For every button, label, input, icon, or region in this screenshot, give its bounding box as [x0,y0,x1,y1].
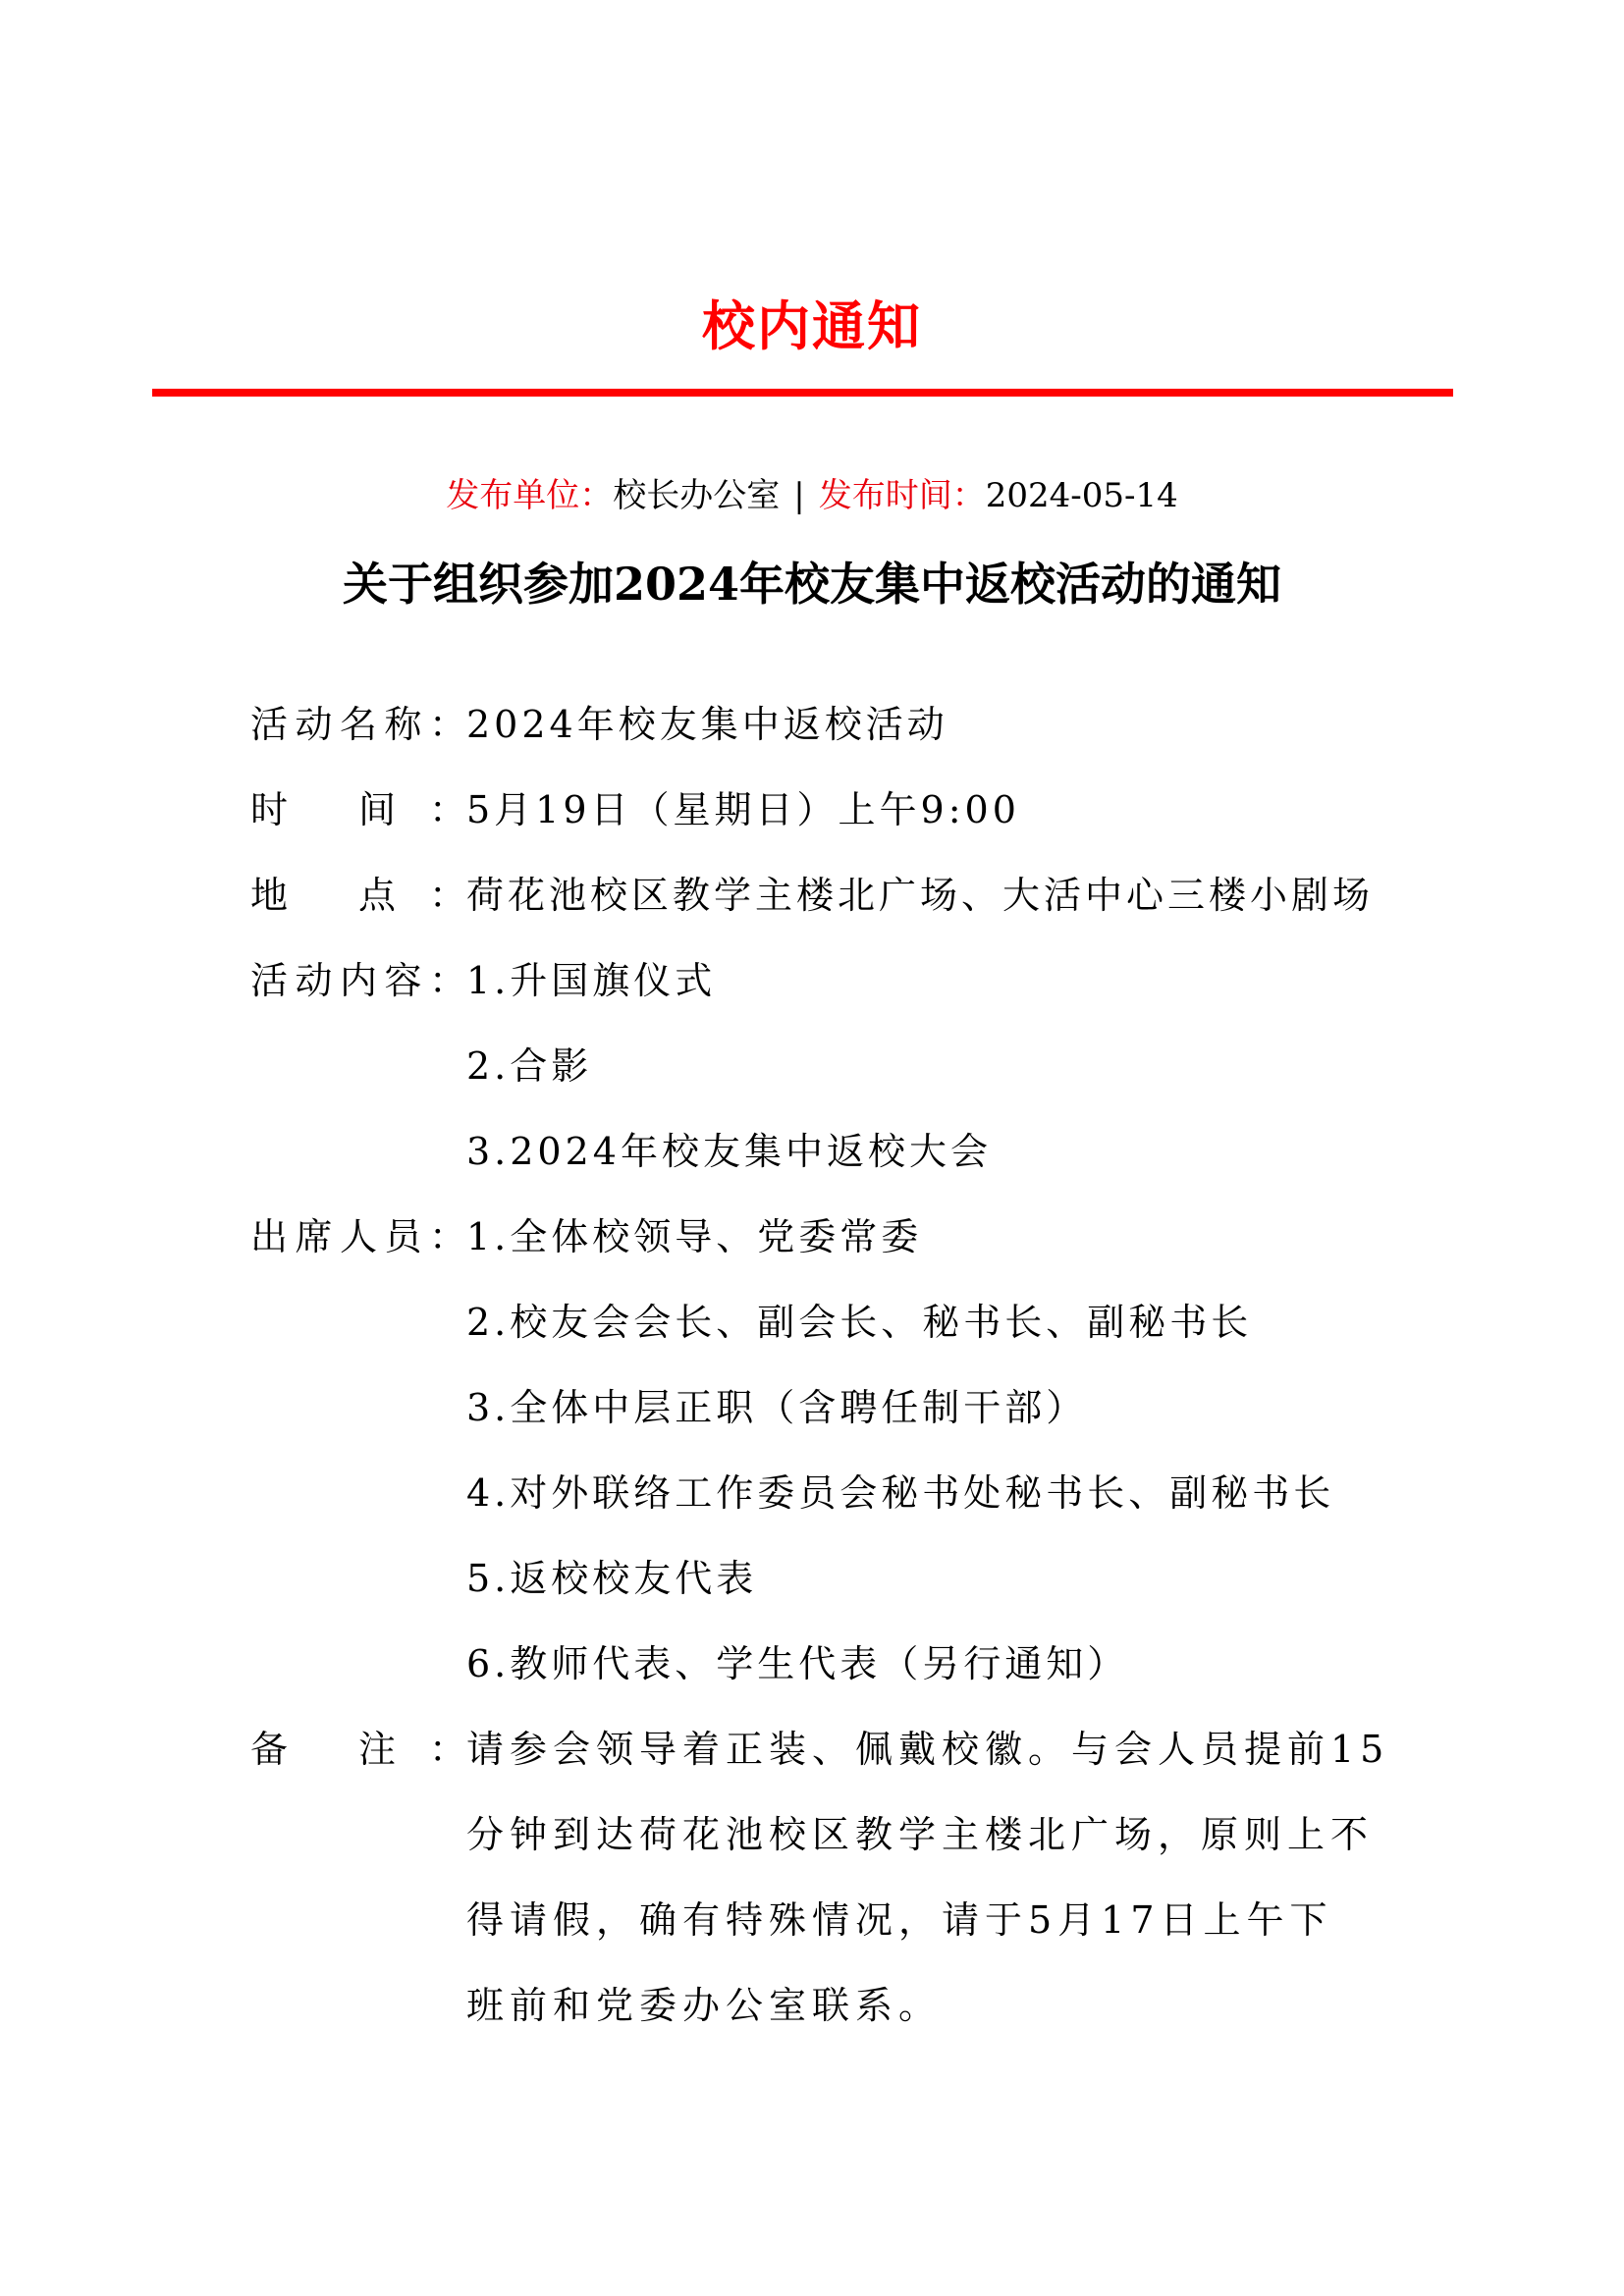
publisher-label: 发布单位： [446,476,613,515]
label-colon: ： [429,768,466,853]
notice-body: 活 动 名 称 ： 2024年校友集中返校活动 时 间 ： 5月19日（星期日）… [250,682,1389,2049]
label-char: 点 [358,853,400,938]
label-char: 名 [340,682,381,768]
content-list: 1.升国旗仪式 2.合影 3.2024年校友集中返校大会 [466,938,1389,1195]
field-label: 时 间 ： [250,768,466,853]
list-item: 4.对外联络工作委员会秘书处秘书长、副秘书长 [466,1451,1389,1536]
label-char: 备 [250,1707,292,1792]
field-label: 出 席 人 员 ： [250,1195,466,1280]
list-item: 1.全体校领导、党委常委 [466,1195,1389,1280]
publish-meta: 发布单位：校长办公室|发布时间：2024-05-14 [0,471,1624,520]
label-colon: ： [429,1195,466,1280]
attendees-list: 1.全体校领导、党委常委 2.校友会会长、副会长、秘书长、副秘书长 3.全体中层… [466,1195,1389,1707]
field-time: 时 间 ： 5月19日（星期日）上午9:00 [250,768,1389,853]
field-value: 5月19日（星期日）上午9:00 [466,768,1389,853]
remark-line: 得请假，确有特殊情况，请于5月17日上午下 [466,1878,1389,1963]
list-item: 1.升国旗仪式 [466,938,1389,1024]
field-label: 活 动 名 称 ： [250,682,466,768]
remark-line: 班前和党委办公室联系。 [466,1963,1389,2049]
list-item: 2.校友会会长、副会长、秘书长、副秘书长 [466,1280,1389,1365]
label-char: 活 [250,682,292,768]
label-char: 动 [295,682,336,768]
label-char: 注 [358,1707,400,1792]
date-value: 2024-05-14 [986,476,1178,515]
label-char: 人 [340,1195,381,1280]
list-item: 3.全体中层正职（含聘任制干部） [466,1365,1389,1451]
field-label: 地 点 ： [250,853,466,938]
label-char: 出 [250,1195,292,1280]
label-colon: ： [429,938,466,1024]
field-value: 荷花池校区教学主楼北广场、大活中心三楼小剧场 [466,853,1389,938]
label-colon: ： [429,682,466,768]
remark-line: 分钟到达荷花池校区教学主楼北广场，原则上不 [466,1792,1389,1878]
field-remarks: 备 注 ： 请参会领导着正装、佩戴校徽。与会人员提前15 分钟到达荷花池校区教学… [250,1707,1389,2049]
label-char: 称 [384,682,425,768]
field-label: 活 动 内 容 ： [250,938,466,1024]
field-value: 2024年校友集中返校活动 [466,682,1389,768]
field-label: 备 注 ： [250,1707,466,1792]
label-char: 容 [384,938,425,1024]
label-char: 席 [295,1195,336,1280]
field-event-name: 活 动 名 称 ： 2024年校友集中返校活动 [250,682,1389,768]
label-char: 活 [250,938,292,1024]
label-char: 地 [250,853,292,938]
label-char: 内 [340,938,381,1024]
label-char: 员 [384,1195,425,1280]
meta-separator: | [793,476,804,515]
location-value: 荷花池校区教学主楼北广场、大活中心三楼小剧场 [466,853,1389,938]
label-char: 时 [250,768,292,853]
header-divider [152,389,1453,397]
list-item: 6.教师代表、学生代表（另行通知） [466,1622,1389,1707]
list-item: 5.返校校友代表 [466,1536,1389,1622]
remark-line: 请参会领导着正装、佩戴校徽。与会人员提前15 [466,1707,1389,1792]
label-colon: ： [429,853,466,938]
date-label: 发布时间： [819,476,986,515]
document-title: 关于组织参加2024年校友集中返校活动的通知 [0,550,1624,618]
field-location: 地 点 ： 荷花池校区教学主楼北广场、大活中心三楼小剧场 [250,853,1389,938]
label-colon: ： [429,1707,466,1792]
time-value: 5月19日（星期日）上午9:00 [466,768,1389,853]
field-content: 活 动 内 容 ： 1.升国旗仪式 2.合影 3.2024年校友集中返校大会 [250,938,1389,1195]
label-char: 动 [295,938,336,1024]
publisher-value: 校长办公室 [613,476,780,515]
field-attendees: 出 席 人 员 ： 1.全体校领导、党委常委 2.校友会会长、副会长、秘书长、副… [250,1195,1389,1707]
list-item: 2.合影 [466,1024,1389,1109]
remarks-text: 请参会领导着正装、佩戴校徽。与会人员提前15 分钟到达荷花池校区教学主楼北广场，… [466,1707,1389,2049]
list-item: 3.2024年校友集中返校大会 [466,1109,1389,1195]
label-char: 间 [358,768,400,853]
notice-header-title: 校内通知 [0,288,1624,366]
event-name-value: 2024年校友集中返校活动 [466,682,1389,768]
